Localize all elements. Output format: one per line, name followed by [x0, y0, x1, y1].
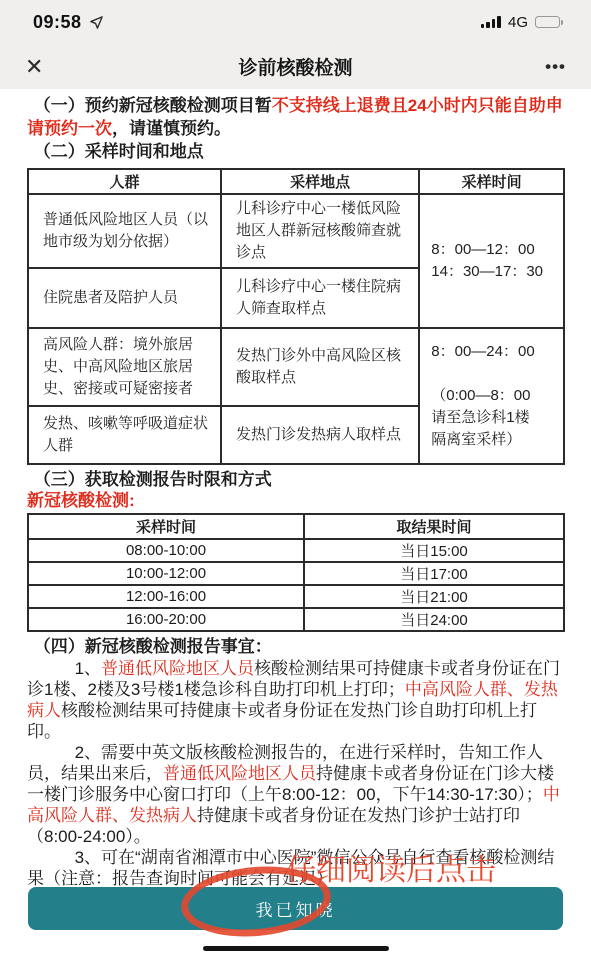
table-row: 08:00-10:00 当日15:00 [28, 539, 564, 562]
sampling-table: 人群 采样地点 采样时间 普通低风险地区人员（以地市级为划分依据） 儿科诊疗中心… [27, 168, 565, 465]
cell-population: 发热、咳嗽等呼吸道症状人群 [28, 406, 221, 464]
col-header-result-time: 取结果时间 [304, 514, 564, 539]
section-four-heading: （四）新冠核酸检测报告事宜： [27, 636, 565, 658]
cell-location: 儿科诊疗中心一楼住院病人筛查取样点 [221, 268, 419, 328]
cell-sample-time: 16:00-20:00 [28, 608, 304, 631]
table-row: 16:00-20:00 当日24:00 [28, 608, 564, 631]
cell-location: 发热门诊外中高风险区核酸取样点 [221, 328, 419, 406]
cell-time-low-risk: 8：00—12：00 14：30—17：30 [419, 194, 564, 328]
article-content: （一）预约新冠核酸检测项目暂不支持线上退费且24小时内只能自助申请预约一次，请谨… [0, 89, 591, 931]
close-icon[interactable]: ✕ [25, 56, 43, 78]
covid-test-label: 新冠核酸检测: [27, 491, 565, 511]
confirm-button[interactable]: 我已知晓 [28, 887, 563, 930]
cell-location: 发热门诊发热病人取样点 [221, 406, 419, 464]
report-item-1: 1、普通低风险地区人员核酸检测结果可持健康卡或者身份证在门诊1楼、2楼及3号楼1… [27, 658, 565, 742]
section-two-heading: （二）采样时间和地点 [27, 140, 565, 163]
table-row: 高风险人群：境外旅居史、中高风险地区旅居史、密接或可疑密接者 发热门诊外中高风险… [28, 328, 564, 406]
sampling-table-header-row: 人群 采样地点 采样时间 [28, 169, 564, 194]
cell-population: 高风险人群：境外旅居史、中高风险地区旅居史、密接或可疑密接者 [28, 328, 221, 406]
cell-result-time: 当日21:00 [304, 585, 564, 608]
status-left: 09:58 [33, 12, 104, 33]
col-header-location: 采样地点 [221, 169, 419, 194]
report-item-3: 3、可在“湖南省湘潭市中心医院”微信公众号自行查看核酸检测结果（注意：报告查询时… [27, 847, 565, 889]
cell-population: 普通低风险地区人员（以地市级为划分依据） [28, 194, 221, 268]
col-header-time: 采样时间 [419, 169, 564, 194]
report-table-header-row: 采样时间 取结果时间 [28, 514, 564, 539]
report-item-2: 2、需要中英文版核酸检测报告的，在进行采样时，告知工作人员，结果出来后，普通低风… [27, 742, 565, 847]
screen: 09:58 4G ✕ 诊前核酸检测 ••• （一）预约新冠核酸检测项目暂不支持线… [0, 0, 591, 963]
home-indicator [203, 946, 389, 951]
battery-icon [535, 16, 563, 28]
table-row: 12:00-16:00 当日21:00 [28, 585, 564, 608]
status-bar: 09:58 4G [0, 0, 591, 44]
cell-sample-time: 08:00-10:00 [28, 539, 304, 562]
notice-paragraph: （一）预约新冠核酸检测项目暂不支持线上退费且24小时内只能自助申请预约一次，请谨… [27, 94, 565, 140]
page-title: 诊前核酸检测 [0, 53, 591, 80]
cell-population: 住院患者及陪护人员 [28, 268, 221, 328]
nav-bar: ✕ 诊前核酸检测 ••• [0, 44, 591, 89]
status-time: 09:58 [33, 12, 82, 33]
location-arrow-icon [89, 15, 104, 30]
cell-location: 儿科诊疗中心一楼低风险地区人群新冠核酸筛查就诊点 [221, 194, 419, 268]
status-right: 4G [481, 14, 563, 31]
report-time-table: 采样时间 取结果时间 08:00-10:00 当日15:00 10:00-12:… [27, 513, 565, 632]
cell-sample-time: 12:00-16:00 [28, 585, 304, 608]
col-header-population: 人群 [28, 169, 221, 194]
network-type: 4G [508, 14, 528, 31]
cellular-signal-icon [481, 16, 501, 28]
col-header-sample-time: 采样时间 [28, 514, 304, 539]
section-three-heading: （三）获取检测报告时限和方式 [27, 469, 565, 491]
cell-sample-time: 10:00-12:00 [28, 562, 304, 585]
more-menu-icon[interactable]: ••• [545, 58, 566, 75]
cell-result-time: 当日24:00 [304, 608, 564, 631]
table-row: 10:00-12:00 当日17:00 [28, 562, 564, 585]
cell-result-time: 当日15:00 [304, 539, 564, 562]
table-row: 普通低风险地区人员（以地市级为划分依据） 儿科诊疗中心一楼低风险地区人群新冠核酸… [28, 194, 564, 268]
cell-time-high-risk: 8：00—24：00 （0:00—8：00 请至急诊科1楼 隔离室采样） [419, 328, 564, 464]
cell-result-time: 当日17:00 [304, 562, 564, 585]
